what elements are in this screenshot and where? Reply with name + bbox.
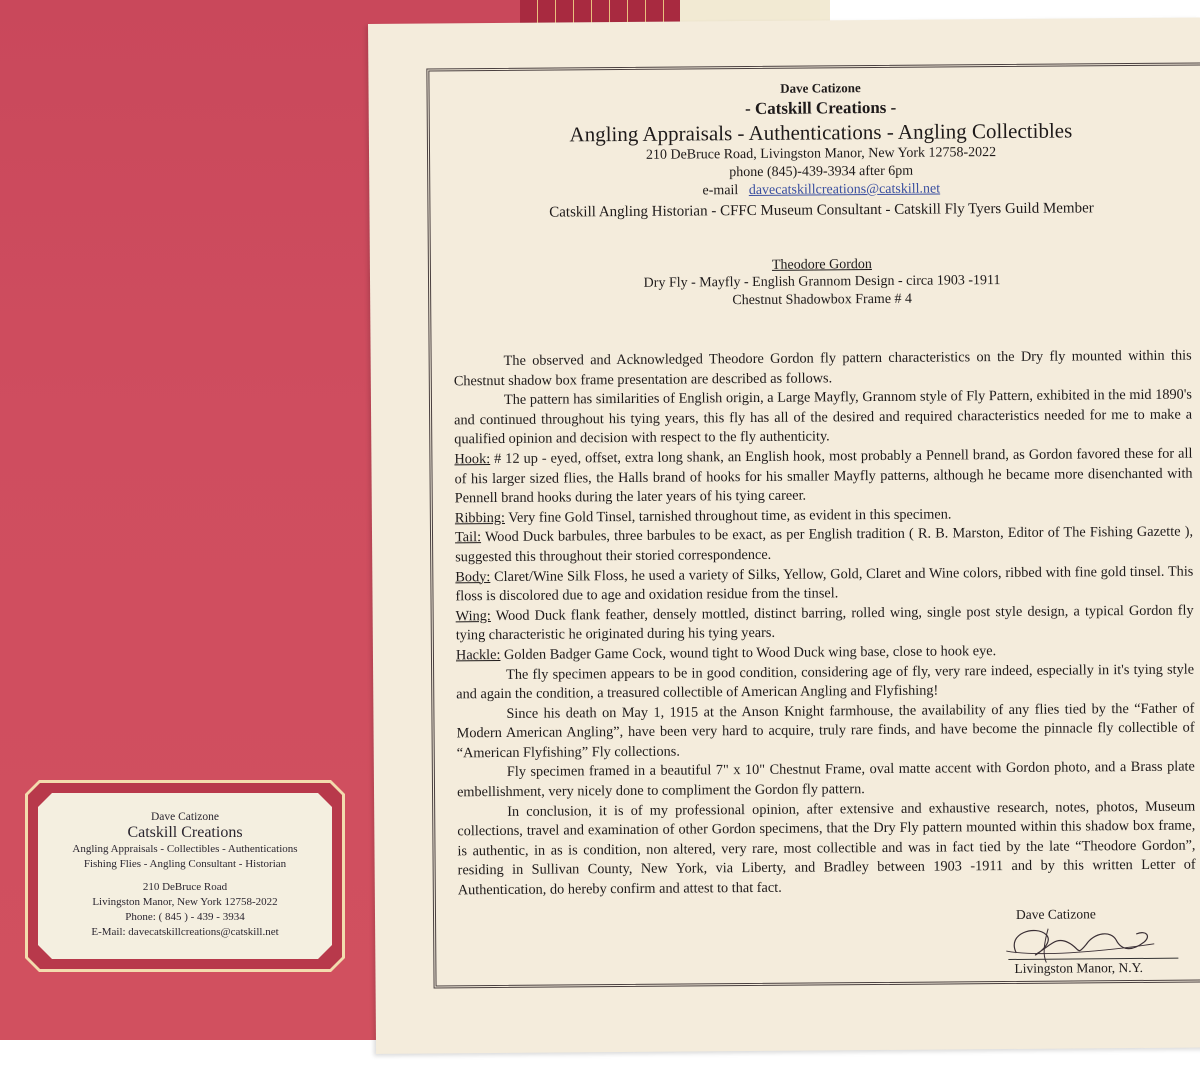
letterhead-roles: Catskill Angling Historian - CFFC Museum…: [430, 199, 1200, 222]
subject-block: Theodore Gordon Dry Fly - Mayfly - Engli…: [431, 254, 1200, 312]
item-tail: Tail: Wood Duck barbules, three barbules…: [455, 523, 1193, 568]
card-name: Dave Catizone: [38, 811, 332, 823]
card-email: E-Mail: davecatskillcreations@catskill.n…: [38, 925, 332, 940]
item-wing: Wing: Wood Duck flank feather, densely m…: [456, 601, 1194, 646]
email-link[interactable]: davecatskillcreations@catskill.net: [749, 182, 940, 199]
item-body: Body: Claret/Wine Silk Floss, he used a …: [455, 562, 1193, 607]
paragraph-condition: The fly specimen appears to be in good c…: [456, 660, 1194, 705]
letter-border: Dave Catizone - Catskill Creations - Ang…: [426, 62, 1200, 988]
email-label: e-mail: [702, 183, 738, 198]
tail-label: Tail:: [455, 529, 481, 545]
business-card-mat: Dave Catizone Catskill Creations Angling…: [25, 780, 345, 972]
paragraph-intro: The observed and Acknowledged Theodore G…: [454, 347, 1192, 392]
card-phone: Phone: ( 845 ) - 439 - 3934: [38, 910, 332, 925]
paragraph-framing: Fly specimen framed in a beautiful 7" x …: [457, 758, 1195, 803]
signature-name: Dave Catizone: [1016, 906, 1176, 923]
wing-label: Wing:: [456, 608, 491, 624]
hackle-label: Hackle:: [456, 647, 501, 663]
business-card: Dave Catizone Catskill Creations Angling…: [38, 793, 332, 959]
card-specialties: Fishing Flies - Angling Consultant - His…: [38, 857, 332, 872]
handwritten-signature-icon: [976, 922, 1176, 960]
authentication-letter: Dave Catizone - Catskill Creations - Ang…: [368, 17, 1200, 1054]
body-label: Body:: [455, 569, 490, 585]
letter-body: The observed and Acknowledged Theodore G…: [454, 347, 1196, 901]
card-services: Angling Appraisals - Collectibles - Auth…: [38, 842, 332, 857]
card-address-city: Livingston Manor, New York 12758-2022: [38, 895, 332, 910]
hook-label: Hook:: [454, 451, 490, 467]
background-paper-edge: [680, 0, 830, 22]
paragraph-pattern: The pattern has similarities of English …: [454, 386, 1192, 451]
item-hook: Hook: # 12 up - eyed, offset, extra long…: [454, 445, 1192, 510]
card-company: Catskill Creations: [38, 824, 332, 842]
letterhead: Dave Catizone - Catskill Creations - Ang…: [429, 77, 1200, 222]
paragraph-history: Since his death on May 1, 1915 at the An…: [456, 699, 1194, 764]
signature-block: Dave Catizone Livingston Manor, N.Y.: [976, 906, 1177, 978]
card-address-street: 210 DeBruce Road: [38, 880, 332, 895]
paragraph-conclusion: In conclusion, it is of my professional …: [457, 797, 1196, 901]
ribbing-label: Ribbing:: [455, 510, 505, 526]
